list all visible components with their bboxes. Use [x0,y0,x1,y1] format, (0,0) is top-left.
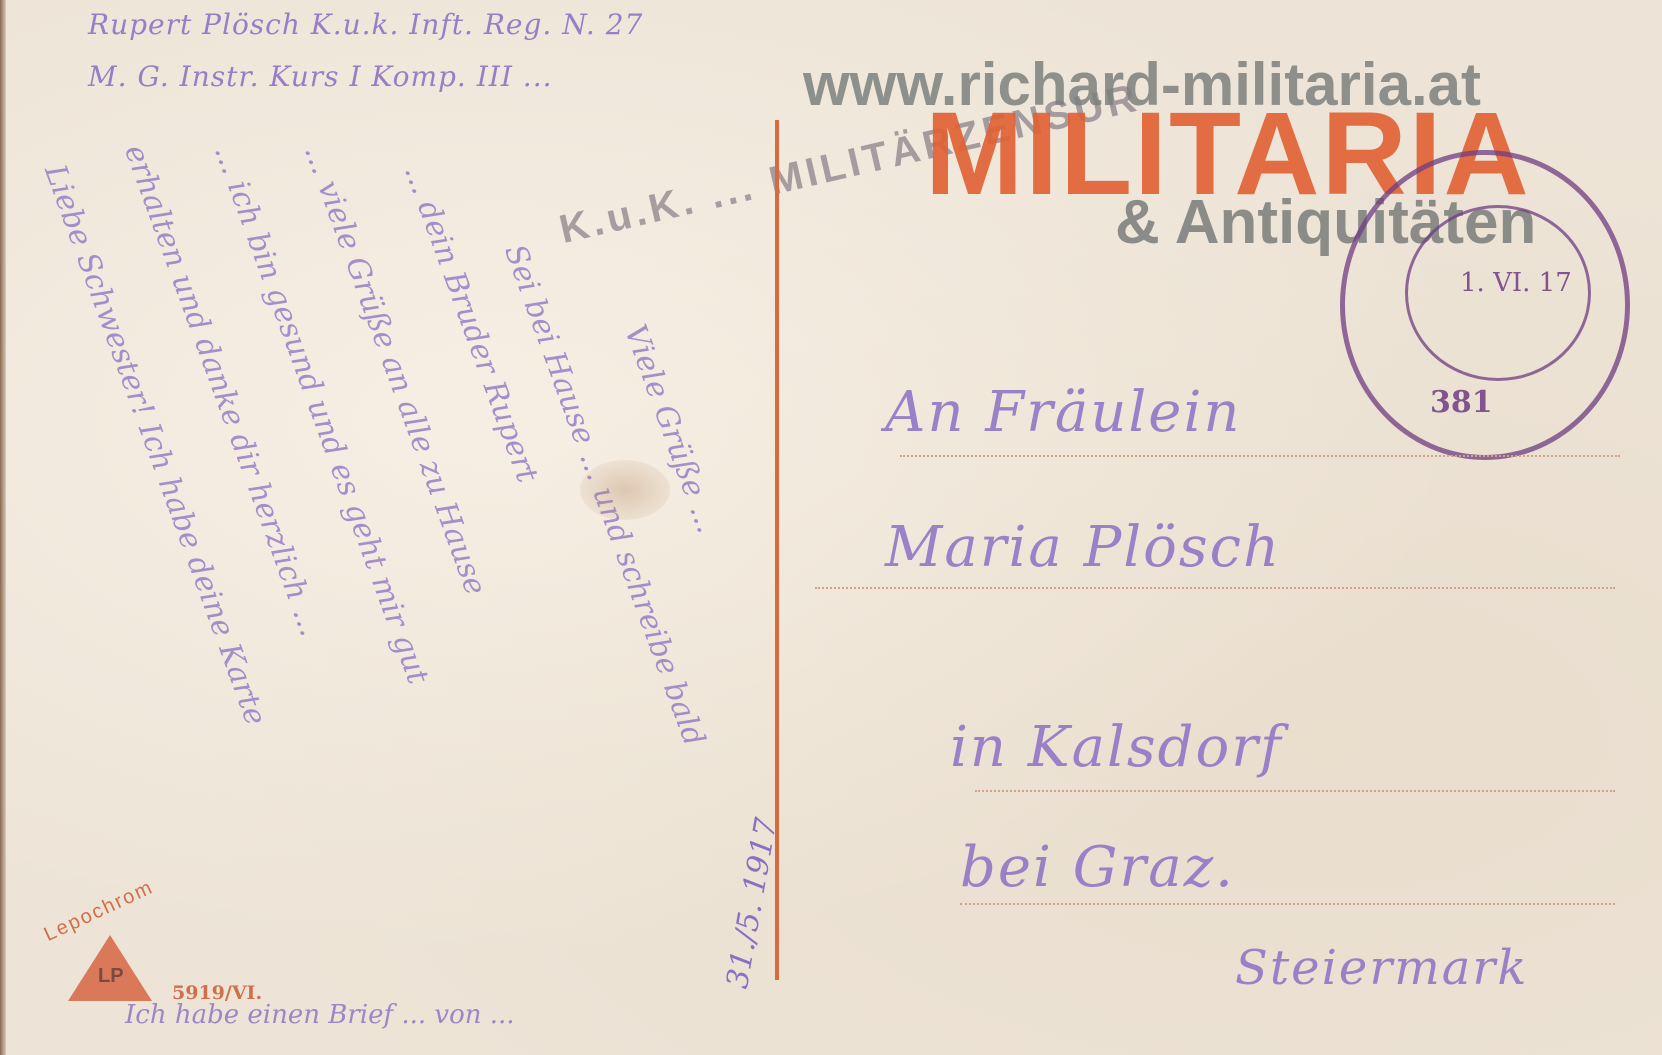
address-line-1 [900,455,1620,457]
postmark-date: 1. VI. 17 [1460,268,1572,298]
message-footer-line: Ich habe einen Brief ... von ... [125,1000,515,1030]
address-line-1-text: An Fräulein [885,380,1241,445]
sender-line-1: Rupert Plösch K.u.k. Inft. Reg. N. 27 [88,8,643,41]
catalog-code: 5919/VI. [172,982,262,1004]
postcard-back: Rupert Plösch K.u.k. Inft. Reg. N. 27 M.… [0,0,1662,1055]
address-line-5-text: Steiermark [1235,940,1528,996]
publisher-logo-text: LP [98,965,124,988]
address-line-3-text: in Kalsdorf [950,715,1283,780]
address-line-3 [975,790,1615,792]
address-line-2-text: Maria Plösch [885,515,1281,580]
card-edge [0,0,6,1055]
address-line-4 [960,903,1615,905]
paper-stain [580,460,670,520]
publisher-logo-icon: LP [68,935,152,1001]
message-column: ... viele Grüße an alle zu Hause [297,140,493,600]
sender-line-2: M. G. Instr. Kurs I Komp. III ... [88,60,553,93]
address-line-2 [815,587,1615,589]
address-line-4-text: bei Graz. [960,835,1235,900]
postmark-number: 381 [1430,385,1493,420]
